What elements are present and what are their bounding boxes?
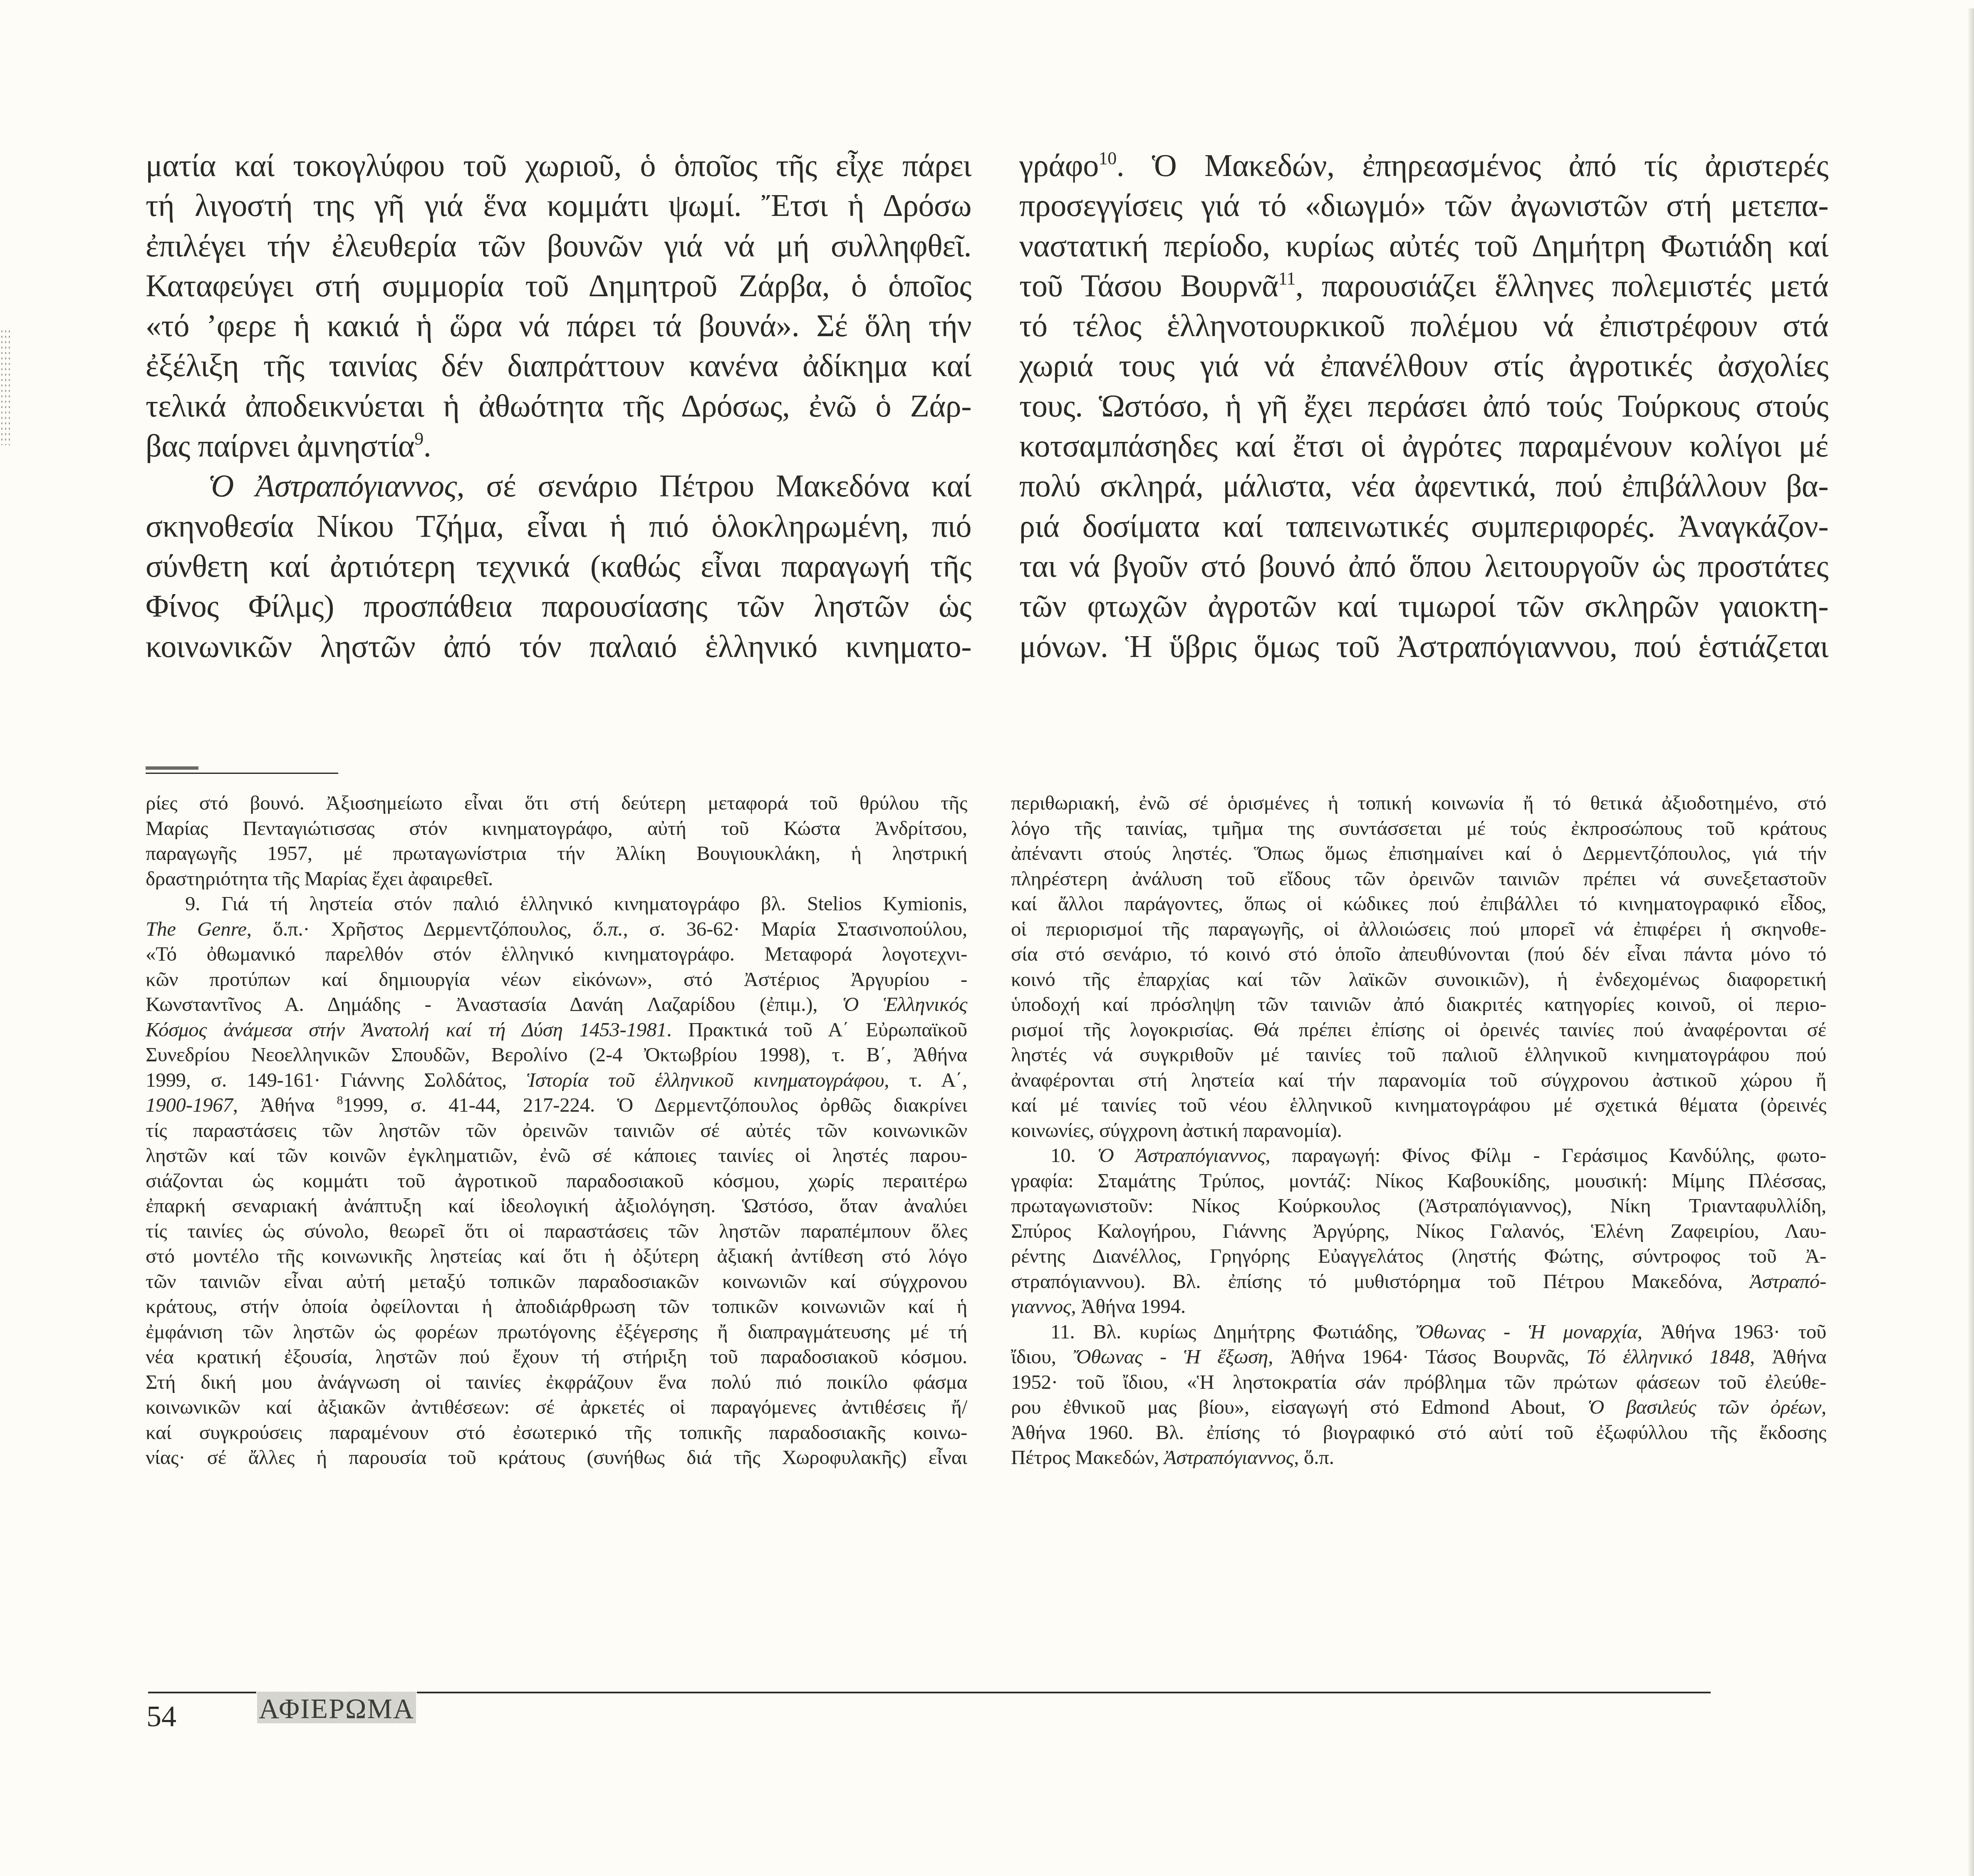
footnote-line: ληστῶν καί τῶν κοινῶν ἐγκληματιῶν, ἐνῶ σ… [146, 1143, 967, 1168]
text-line: γράφο10. Ὁ Μακεδών, ἐπηρεασμένος ἀπό τίς… [1019, 146, 1828, 186]
footnote-ref-10[interactable]: 10 [1099, 148, 1117, 169]
footnote-line: γραφία: Σταμάτης Τρύπος, μοντάζ: Νίκος Κ… [1011, 1168, 1826, 1194]
footnote-line: Κόσμος ἀνάμεσα στήν Ἀνατολή καί τή Δύση … [146, 1017, 967, 1043]
text-line: τό τέλος ἑλληνοτουρκικοῦ πολέμου νά ἐπισ… [1019, 306, 1828, 346]
footnote-line: ρισμοί τῆς λογοκρισίας. Θά πρέπει ἐπίσης… [1011, 1017, 1826, 1043]
text-span: , παρουσιάζει ἕλληνες πολεμιστές μετά [1295, 268, 1828, 303]
footnote-number: 10. [1050, 1144, 1097, 1167]
footnote-ref-11[interactable]: 11 [1278, 268, 1295, 289]
text-line: κοινωνικῶν ληστῶν ἀπό τόν παλαιό ἑλληνικ… [146, 627, 971, 667]
footnote-separator [146, 766, 338, 774]
footnote-line: πρωταγωνιστοῦν: Νίκος Κούρκουλος (Ἀστραπ… [1011, 1193, 1826, 1219]
scan-speckle [0, 329, 12, 445]
footnote-line: ἀναφέρονται στή ληστεία καί τήν παρανομί… [1011, 1068, 1826, 1093]
footnote-line: ὑποδοχή καί πρόσληψη τῶν ταινιῶν ἀπό δια… [1011, 992, 1826, 1017]
footnote-line: 9. Γιά τή ληστεία στόν παλιό ἑλληνικό κι… [146, 891, 967, 917]
footnote-line: κοινωνίες, σύγχρονη ἀστική παρανομία). [1011, 1118, 1826, 1143]
footnote-line: Μαρίας Πενταγιώτισσας στόν κινηματογράφο… [146, 816, 967, 841]
footnote-line: καί μέ ταινίες τοῦ νέου ἑλληνικοῦ κινημα… [1011, 1093, 1826, 1118]
text-span: , παραγωγή: Φίνος Φίλμ - Γεράσιμος Κανδύ… [1266, 1144, 1826, 1167]
footnote-9-continued: περιθωριακή, ἐνῶ σέ ὁρισμένες ἡ τοπική κ… [1011, 791, 1826, 1143]
footnote-line: 1900-1967, Ἀθήνα 81999, σ. 41-44, 217-22… [146, 1093, 967, 1118]
footnote-line: 10. Ὁ Ἀστραπόγιαννος, παραγωγή: Φίνος Φί… [1011, 1143, 1826, 1168]
footnote-line: ρου ἐθνικοῦ μας βίου», εἰσαγωγή στό Edmo… [1011, 1395, 1826, 1420]
footnote-line: στό μοντέλο τῆς κοινωνικῆς ληστείας καί … [146, 1244, 967, 1269]
footnote-line: κῶν προτύπων καί δημιουργία νέων εἰκόνων… [146, 967, 967, 992]
footnote-line: Ἀθήνα 1960. Βλ. ἐπίσης τό βιογραφικό στό… [1011, 1420, 1826, 1445]
section-label: ΑΦΙΕΡΩΜΑ [257, 1692, 416, 1723]
text-span: , Ἀθήνα 1964· Τάσος Βουρνᾶς, [1268, 1345, 1586, 1368]
text-line: τελικά ἀποδεικνύεται ἡ ἀθωότητα τῆς Δρόσ… [146, 386, 971, 426]
text-line: τοῦ Τάσου Βουρνᾶ11, παρουσιάζει ἕλληνες … [1019, 266, 1828, 306]
text-line: ματία καί τοκογλύφου τοῦ χωριοῦ, ὁ ὁποῖο… [146, 146, 971, 186]
text-line: τους. Ὡστόσο, ἡ γῆ ἔχει περάσει ἀπό τούς… [1019, 386, 1828, 426]
footnote-line: ἐπαρκή σεναριακή ἀνάπτυξη καί ἰδεολογική… [146, 1193, 967, 1219]
footnote-line: Συνεδρίου Νεοελληνικῶν Σπουδῶν, Βερολίνο… [146, 1042, 967, 1068]
text-line: Φίνος Φίλμς) προσπάθεια παρουσίασης τῶν … [146, 586, 971, 626]
text-span: στραπόγιαννου). Βλ. ἐπίσης τό μυθιστόρημ… [1011, 1270, 1750, 1293]
text-span: 1999, σ. 41-44, 217-224. Ὁ Δερμεντζόπουλ… [343, 1093, 967, 1116]
book-title: γιαννος [1011, 1295, 1071, 1318]
footnote-line: 11. Βλ. κυρίως Δημήτρης Φωτιάδης, Ὄθωνας… [1011, 1319, 1826, 1345]
text-span: , ὅ.π.· Χρῆστος Δερμεντζόπουλος, [247, 917, 593, 940]
text-line: προσεγγίσεις γιά τό «διωγμό» τῶν ἀγωνιστ… [1019, 186, 1828, 226]
text-line: πολύ σκληρά, μάλιστα, νέα ἀφεντικά, πού … [1019, 466, 1828, 506]
text-span: 1999, σ. 149-161· Γιάννης Σολδάτος, [146, 1068, 527, 1091]
edition-superscript: 8 [337, 1093, 343, 1107]
footnote-line: σία στό σενάριο, τό κοινό στό ὁποῖο ἀπευ… [1011, 942, 1826, 967]
footnote-line: κράτους, στήν ὁποία ὀφείλονται ἡ ἀποδιάρ… [146, 1294, 967, 1319]
text-span: . Ὁ Μακεδών, ἐπηρεασμένος ἀπό τίς ἀριστε… [1117, 148, 1828, 183]
text-span: Κωνσταντῖνος Α. Δημάδης - Ἀναστασία Δανά… [146, 993, 842, 1016]
footnote-line: The Genre, ὅ.π.· Χρῆστος Δερμεντζόπουλος… [146, 917, 967, 942]
footnote-ref-9[interactable]: 9 [414, 429, 424, 449]
text-line: σύνθετη καί ἀρτιότερη τεχνικά (καθώς εἶν… [146, 546, 971, 586]
text-span: , Ἀθήνα 1963· τοῦ [1637, 1320, 1826, 1343]
body-paragraph-2-cont: γράφο10. Ὁ Μακεδών, ἐπηρεασμένος ἀπό τίς… [1019, 146, 1828, 667]
text-line: τῶν φτωχῶν ἀγροτῶν καί τιμωροί τῶν σκληρ… [1019, 586, 1828, 626]
text-line: Καταφεύγει στή συμμορία τοῦ Δημητροῦ Ζάρ… [146, 266, 971, 306]
text-span: ἴδιου, [1011, 1345, 1073, 1368]
page-edge [1968, 8, 1974, 1876]
book-title: Ὁ Ἑλληνικός [842, 993, 967, 1016]
footnote-line: ληστές νά συγκριθοῦν μέ ταινίες τοῦ παλι… [1011, 1042, 1826, 1068]
footnote-line: κοινωνικῶν καί ἀξιακῶν ἀντιθέσεων: σέ ἀρ… [146, 1395, 967, 1420]
text-span: τοῦ Τάσου Βουρνᾶ [1019, 268, 1278, 303]
text-line: ναστατική περίοδο, κυρίως αὐτές τοῦ Δημή… [1019, 226, 1828, 266]
footnote-line: Σπύρος Καλογήρου, Γιάννης Ἀργύρης, Νίκος… [1011, 1219, 1826, 1244]
footnote-line: «Τό ὀθωμανικό παρελθόν στόν ἑλληνικό κιν… [146, 942, 967, 967]
footnote-line: πληρέστερη ἀνάλυση τοῦ εἴδους τῶν ὀρεινῶ… [1011, 866, 1826, 892]
footnote-line: σιάζονται ὡς κομμάτι τοῦ ἀγροτικοῦ παραδ… [146, 1168, 967, 1194]
text-line: ἐπιλέγει τήν ἐλευθερία τῶν βουνῶν γιά νά… [146, 226, 971, 266]
text-span: , Ἀθήνα 1994. [1071, 1295, 1185, 1318]
footnote-line: τίς ταινίες ὡς σύνολο, θεωρεῖ ὅτι οἱ παρ… [146, 1219, 967, 1244]
separator-rule [146, 773, 338, 774]
footnote-line: στραπόγιαννου). Βλ. ἐπίσης τό μυθιστόρημ… [1011, 1269, 1826, 1294]
text-line: «τό ’φερε ἡ κακιά ἡ ὥρα νά πάρει τά βουν… [146, 306, 971, 346]
body-paragraph-1: ματία καί τοκογλύφου τοῦ χωριοῦ, ὁ ὁποῖο… [146, 146, 971, 466]
footnote-line: ρίες στό βουνό. Ἀξιοσημείωτο εἶναι ὅτι σ… [146, 791, 967, 816]
footnote-line: νέα κρατική ἐξουσία, ληστῶν πού ἔχουν τή… [146, 1344, 967, 1370]
body-paragraph-2: Ὁ Ἀστραπόγιαννος, σέ σενάριο Πέτρου Μακε… [146, 466, 971, 666]
book-title: Ὄθωνας - Ἡ μοναρχία [1416, 1320, 1637, 1343]
footnote-line: ἀπέναντι στούς ληστές. Ὅπως ὅμως ἐπισημα… [1011, 841, 1826, 866]
text-span: βας παίρνει ἀμνηστία [146, 429, 414, 463]
text-line: ἐξέλιξη τῆς ταινίας δέν διαπράττουν κανέ… [146, 346, 971, 386]
footnote-line: ἐμφάνιση τῶν ληστῶν ὡς φορέων πρωτόγονης… [146, 1319, 967, 1345]
text-span: . Πρακτικά τοῦ Α΄ Εὐρωπαϊκοῦ [666, 1018, 967, 1041]
text-span: . [424, 429, 431, 463]
page-number: 54 [146, 1700, 176, 1733]
text-span: , Ἀθήνα [233, 1093, 337, 1116]
book-title: The Genre [146, 917, 247, 940]
footnote-line: ρέντης Διανέλλος, Γρηγόρης Εὐαγγελάτος (… [1011, 1244, 1826, 1269]
footnote-line: γιαννος, Ἀθήνα 1994. [1011, 1294, 1826, 1319]
footnote-line: τίς παραστάσεις τῶν ληστῶν τῶν ὀρεινῶν τ… [146, 1118, 967, 1143]
footnote-line: κοινό τῆς ἐπαρχίας καί τῶν λαϊκῶν συνοικ… [1011, 967, 1826, 992]
text-line: τή λιγοστή της γῆ γιά ἕνα κομμάτι ψωμί. … [146, 186, 971, 226]
footnote-line: ἴδιου, Ὄθωνας - Ἡ ἔξωση, Ἀθήνα 1964· Τάσ… [1011, 1344, 1826, 1370]
book-title: Ἀστραπό- [1750, 1270, 1826, 1293]
film-title: Ὁ Ἀστραπόγιαννος [208, 468, 457, 503]
text-span: , σέ σενάριο Πέτρου Μακεδόνα καί [457, 468, 971, 503]
text-line: χωριά τους γιά νά ἐπανέλθουν στίς ἀγροτι… [1019, 346, 1828, 386]
text-span: , ὅ.π. [1294, 1446, 1334, 1469]
main-text-right-column: γράφο10. Ὁ Μακεδών, ἐπηρεασμένος ἀπό τίς… [1019, 146, 1828, 667]
footnote-line: Στή δική μου ἀνάγνωση οἱ ταινίες ἐκφράζο… [146, 1370, 967, 1395]
text-span: , [1821, 1395, 1826, 1418]
footnote-line: καί συγκρούσεις παραμένουν στό ἐσωτερικό… [146, 1420, 967, 1445]
book-title: Τό ἑλληνικό 1848 [1586, 1345, 1750, 1368]
text-line: σκηνοθεσία Νίκου Τζήμα, εἶναι ἡ πιό ὁλοκ… [146, 506, 971, 546]
footnote-9: 9. Γιά τή ληστεία στόν παλιό ἑλληνικό κι… [146, 891, 967, 1470]
footnote-line: περιθωριακή, ἐνῶ σέ ὁρισμένες ἡ τοπική κ… [1011, 791, 1826, 816]
main-text-left-column: ματία καί τοκογλύφου τοῦ χωριοῦ, ὁ ὁποῖο… [146, 146, 971, 667]
separator-bar [146, 766, 198, 770]
film-title: Ὁ Ἀστραπόγιαννος [1097, 1144, 1265, 1167]
text-span: ὅ.π. [593, 917, 623, 940]
footnote-line: οἱ περιορισμοί τῆς παραγωγῆς, οἱ ἀλλοιώσ… [1011, 917, 1826, 942]
footnote-line: δραστηριότητα τῆς Μαρίας ἔχει ἀφαιρεθεῖ. [146, 866, 967, 892]
text-span: Πέτρος Μακεδών, [1011, 1446, 1164, 1469]
footer-rule [148, 1692, 256, 1693]
text-span: , Ἀθήνα [1750, 1345, 1826, 1368]
footnote-line: Κωνσταντῖνος Α. Δημάδης - Ἀναστασία Δανά… [146, 992, 967, 1017]
footnote-line: Πέτρος Μακεδών, Ἀστραπόγιαννος, ὅ.π. [1011, 1445, 1826, 1470]
book-title: Ἀστραπόγιαννος [1164, 1446, 1294, 1469]
footnote-line: 1952· τοῦ ἴδιου, «Ἡ ληστοκρατία σάν πρόβ… [1011, 1370, 1826, 1395]
footnote-11: 11. Βλ. κυρίως Δημήτρης Φωτιάδης, Ὄθωνας… [1011, 1319, 1826, 1470]
text-line: κοτσαμπάσηδες καί ἔτσι οἱ ἀγρότες παραμέ… [1019, 426, 1828, 466]
footnote-line: τῶν ταινιῶν εἶναι αὐτή μεταξύ τοπικῶν πα… [146, 1269, 967, 1294]
book-title: Ὄθωνας - Ἡ ἔξωση [1073, 1345, 1268, 1368]
text-span: ρου ἐθνικοῦ μας βίου», εἰσαγωγή στό Edmo… [1011, 1395, 1588, 1418]
footnote-10: 10. Ὁ Ἀστραπόγιαννος, παραγωγή: Φίνος Φί… [1011, 1143, 1826, 1319]
text-span: 1900-1967 [146, 1093, 233, 1116]
footnote-line: καί ἄλλοι παράγοντες, ὅπως οἱ κώδικες πο… [1011, 891, 1826, 917]
footnote-line: λόγο τῆς ταινίας, τμῆμα της συντάσσεται … [1011, 816, 1826, 841]
footer-rule [417, 1692, 1711, 1693]
footnote-line: παραγωγῆς 1957, μέ πρωταγωνίστρια τήν Ἀλ… [146, 841, 967, 866]
text-line: Ὁ Ἀστραπόγιαννος, σέ σενάριο Πέτρου Μακε… [146, 466, 971, 506]
footnote-line: 1999, σ. 149-161· Γιάννης Σολδάτος, Ἱστο… [146, 1068, 967, 1093]
text-line: βας παίρνει ἀμνηστία9. [146, 426, 971, 466]
text-span: , τ. Α΄, [884, 1068, 967, 1091]
footnote-8-continued: ρίες στό βουνό. Ἀξιοσημείωτο εἶναι ὅτι σ… [146, 791, 967, 891]
book-title: Κόσμος ἀνάμεσα στήν Ἀνατολή καί τή Δύση … [146, 1018, 666, 1041]
book-title: Ἱστορία τοῦ ἑλληνικοῦ κινηματογράφου [527, 1068, 884, 1091]
footnotes-right-column: περιθωριακή, ἐνῶ σέ ὁρισμένες ἡ τοπική κ… [1011, 791, 1826, 1470]
footnotes-left-column: ρίες στό βουνό. Ἀξιοσημείωτο εἶναι ὅτι σ… [146, 791, 967, 1470]
text-line: ριά δοσίματα καί ταπεινωτικές συμπεριφορ… [1019, 506, 1828, 546]
text-span: , σ. 36-62· Μαρία Στασινοπούλου, [623, 917, 968, 940]
text-line: ται νά βγοῦν στό βουνό ἀπό ὅπου λειτουργ… [1019, 546, 1828, 586]
footnote-line: νίας· σέ ἄλλες ἡ παρουσία τοῦ κράτους (σ… [146, 1445, 967, 1470]
book-title: Ὁ βασιλεύς τῶν ὀρέων [1588, 1395, 1821, 1418]
text-span: 11. Βλ. κυρίως Δημήτρης Φωτιάδης, [1050, 1320, 1416, 1343]
text-line: μόνων. Ἡ ὕβρις ὅμως τοῦ Ἀστραπόγιαννου, … [1019, 627, 1828, 667]
text-span: γράφο [1019, 148, 1099, 183]
